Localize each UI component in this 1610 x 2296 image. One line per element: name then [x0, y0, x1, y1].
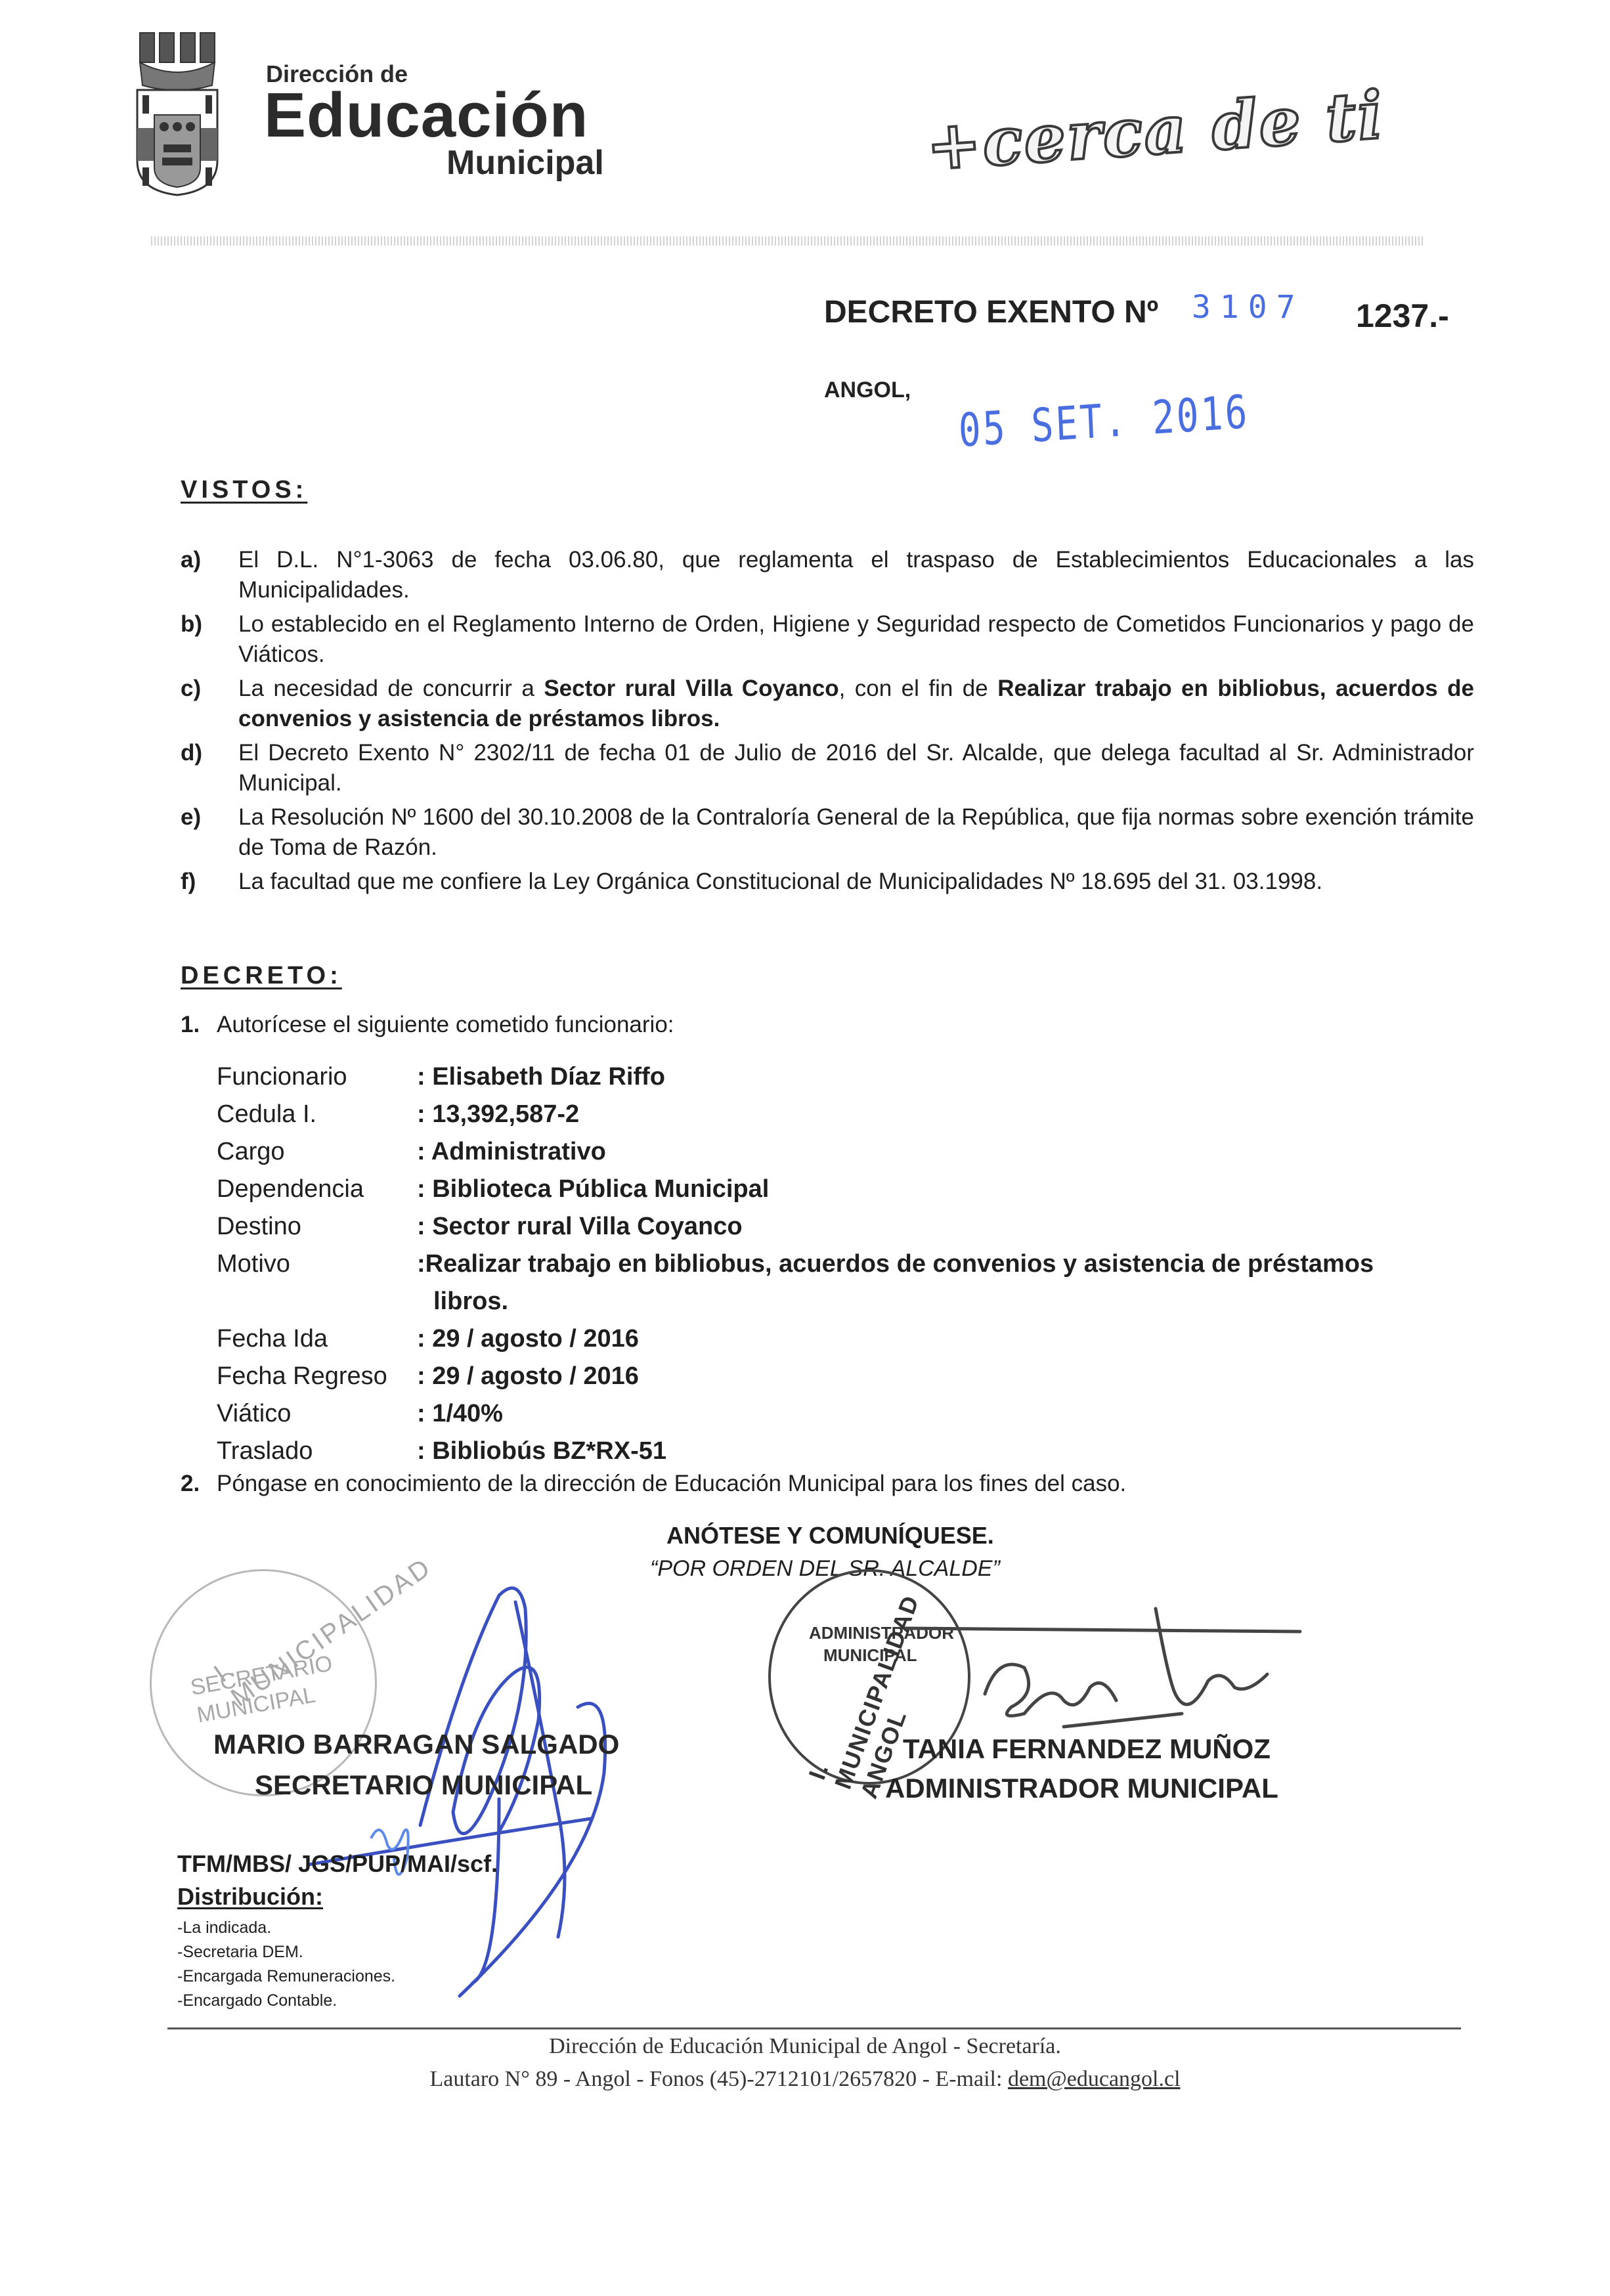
- signer-left-name: MARIO BARRAGAN SALGADO: [213, 1729, 619, 1760]
- visto-label: e): [181, 802, 238, 863]
- distribution-item: -La indicada.: [177, 1916, 395, 1940]
- header-divider: [151, 236, 1425, 246]
- field-traslado: Traslado: Bibliobús BZ*RX-51: [217, 1433, 1477, 1470]
- field-funcionario: Funcionario: Elisabeth Díaz Riffo: [217, 1058, 1477, 1096]
- municipal-crest-icon: [135, 30, 220, 197]
- decreto-point-2: 2.Póngase en conocimiento de la direcció…: [181, 1471, 1126, 1497]
- field-value: : 13,392,587-2: [417, 1096, 1477, 1133]
- field-value: : Bibliobús BZ*RX-51: [417, 1433, 1477, 1470]
- footer-divider: [167, 2027, 1461, 2029]
- distribution-item: -Encargado Contable.: [177, 1989, 395, 2013]
- field-key: Traslado: [217, 1433, 417, 1470]
- visto-item: a) El D.L. N°1-3063 de fecha 03.06.80, q…: [181, 545, 1474, 605]
- field-dependencia: Dependencia: Biblioteca Pública Municipa…: [217, 1171, 1477, 1208]
- field-value: : 29 / agosto / 2016: [417, 1320, 1477, 1358]
- field-key: Motivo: [217, 1245, 417, 1320]
- field-key: Fecha Regreso: [217, 1358, 417, 1395]
- decreto-heading: DECRETO:: [181, 962, 342, 990]
- field-key: Fecha Ida: [217, 1320, 417, 1358]
- decree-number: 1237.-: [1356, 297, 1449, 335]
- motivo-text-cont: libros.: [417, 1283, 1477, 1320]
- anotese-text: ANÓTESE Y COMUNÍQUESE.: [666, 1522, 994, 1549]
- logo-line-2: Educación: [264, 84, 588, 147]
- vistos-list: a) El D.L. N°1-3063 de fecha 03.06.80, q…: [181, 545, 1474, 901]
- field-cedula: Cedula I.: 13,392,587-2: [217, 1096, 1477, 1133]
- signer-left-title: SECRETARIO MUNICIPAL: [255, 1769, 592, 1801]
- distribution-heading: Distribución:: [177, 1883, 323, 1911]
- point-text: Autorícese el siguiente cometido funcion…: [217, 1012, 674, 1037]
- field-key: Cargo: [217, 1133, 417, 1171]
- field-key: Dependencia: [217, 1171, 417, 1208]
- motivo-text: :Realizar trabajo en bibliobus, acuerdos…: [417, 1250, 1374, 1278]
- stamp-line-2: MUNICIPAL: [823, 1645, 917, 1666]
- field-fecha-regreso: Fecha Regreso: 29 / agosto / 2016: [217, 1358, 1477, 1395]
- visto-label: a): [181, 545, 238, 605]
- field-destino: Destino: Sector rural Villa Coyanco: [217, 1208, 1477, 1245]
- stamp-line-1: ADMINISTRADOR: [809, 1623, 954, 1643]
- distribution-item: -Secretaria DEM.: [177, 1940, 395, 1964]
- visto-item: f) La facultad que me confiere la Ley Or…: [181, 867, 1474, 897]
- city-label: ANGOL,: [824, 378, 911, 403]
- decreto-point-1: 1.Autorícese el siguiente cometido funci…: [181, 1010, 1474, 1040]
- slogan: +cerca de ti: [924, 76, 1387, 185]
- field-key: Cedula I.: [217, 1096, 417, 1133]
- field-value: : Administrativo: [417, 1133, 1477, 1171]
- visto-label: f): [181, 867, 238, 897]
- visto-label: d): [181, 738, 238, 798]
- visto-item: c) La necesidad de concurrir a Sector ru…: [181, 674, 1474, 734]
- logo-line-3: Municipal: [446, 143, 604, 183]
- cometido-fields: Funcionario: Elisabeth Díaz Riffo Cedula…: [217, 1058, 1477, 1470]
- visto-text: El Decreto Exento N° 2302/11 de fecha 01…: [238, 738, 1474, 798]
- signer-right-title: ADMINISTRADOR MUNICIPAL: [885, 1773, 1278, 1804]
- visto-item: d) El Decreto Exento N° 2302/11 de fecha…: [181, 738, 1474, 798]
- visto-text: La facultad que me confiere la Ley Orgán…: [238, 867, 1474, 897]
- decree-stamp-number: 3107: [1192, 289, 1305, 326]
- visto-item: e) La Resolución Nº 1600 del 30.10.2008 …: [181, 802, 1474, 863]
- visto-text: El D.L. N°1-3063 de fecha 03.06.80, que …: [238, 545, 1474, 605]
- visto-text-part: , con el fin de: [839, 676, 998, 701]
- field-motivo: Motivo:Realizar trabajo en bibliobus, ac…: [217, 1245, 1477, 1320]
- visto-text: La Resolución Nº 1600 del 30.10.2008 de …: [238, 802, 1474, 863]
- field-key: Funcionario: [217, 1058, 417, 1096]
- footer-line-2: Lautaro N° 89 - Angol - Fonos (45)-27121…: [0, 2067, 1610, 2092]
- visto-text-part: La necesidad de concurrir a: [238, 676, 544, 701]
- distribution-list: -La indicada. -Secretaria DEM. -Encargad…: [177, 1916, 395, 2013]
- reference-initials: TFM/MBS/ JGS/PUP/MAI/scf.: [177, 1850, 498, 1878]
- visto-label: c): [181, 674, 238, 734]
- field-value: : Sector rural Villa Coyanco: [417, 1208, 1477, 1245]
- footer-address: Lautaro N° 89 - Angol - Fonos (45)-27121…: [429, 2067, 1007, 2091]
- distribution-item: -Encargada Remuneraciones.: [177, 1964, 395, 1989]
- field-cargo: Cargo: Administrativo: [217, 1133, 1477, 1171]
- visto-label: b): [181, 609, 238, 670]
- visto-text: La necesidad de concurrir a Sector rural…: [238, 674, 1474, 734]
- por-orden-text: “POR ORDEN DEL SR. ALCALDE”: [650, 1556, 1000, 1582]
- field-value: :Realizar trabajo en bibliobus, acuerdos…: [417, 1245, 1477, 1320]
- field-fecha-ida: Fecha Ida: 29 / agosto / 2016: [217, 1320, 1477, 1358]
- point-number: 1.: [181, 1010, 217, 1040]
- stamp-ring-text: I. MUNICIPALIDAD ANGOL: [803, 1582, 951, 1802]
- secretario-stamp: I. MUNICIPALIDAD SECRETARIO MUNICIPAL: [150, 1569, 377, 1796]
- visto-item: b) Lo establecido en el Reglamento Inter…: [181, 609, 1474, 670]
- field-key: Viático: [217, 1395, 417, 1433]
- point-number: 2.: [181, 1471, 217, 1497]
- visto-text: Lo establecido en el Reglamento Interno …: [238, 609, 1474, 670]
- field-viatico: Viático: 1/40%: [217, 1395, 1477, 1433]
- date-stamp: 05 SET. 2016: [957, 385, 1250, 458]
- footer-line-1: Dirección de Educación Municipal de Ango…: [0, 2034, 1610, 2059]
- decree-title: DECRETO EXENTO Nº: [824, 294, 1158, 330]
- field-value: : 1/40%: [417, 1395, 1477, 1433]
- field-value: : 29 / agosto / 2016: [417, 1358, 1477, 1395]
- vistos-heading: VISTOS:: [181, 476, 307, 504]
- field-key: Destino: [217, 1208, 417, 1245]
- signer-right-name: TANIA FERNANDEZ MUÑOZ: [903, 1733, 1271, 1765]
- footer-email-link[interactable]: dem@educangol.cl: [1008, 2067, 1181, 2091]
- field-value: : Elisabeth Díaz Riffo: [417, 1058, 1477, 1096]
- field-value: : Biblioteca Pública Municipal: [417, 1171, 1477, 1208]
- destination-bold: Sector rural Villa Coyanco: [544, 676, 838, 701]
- point-text: Póngase en conocimiento de la dirección …: [217, 1471, 1126, 1496]
